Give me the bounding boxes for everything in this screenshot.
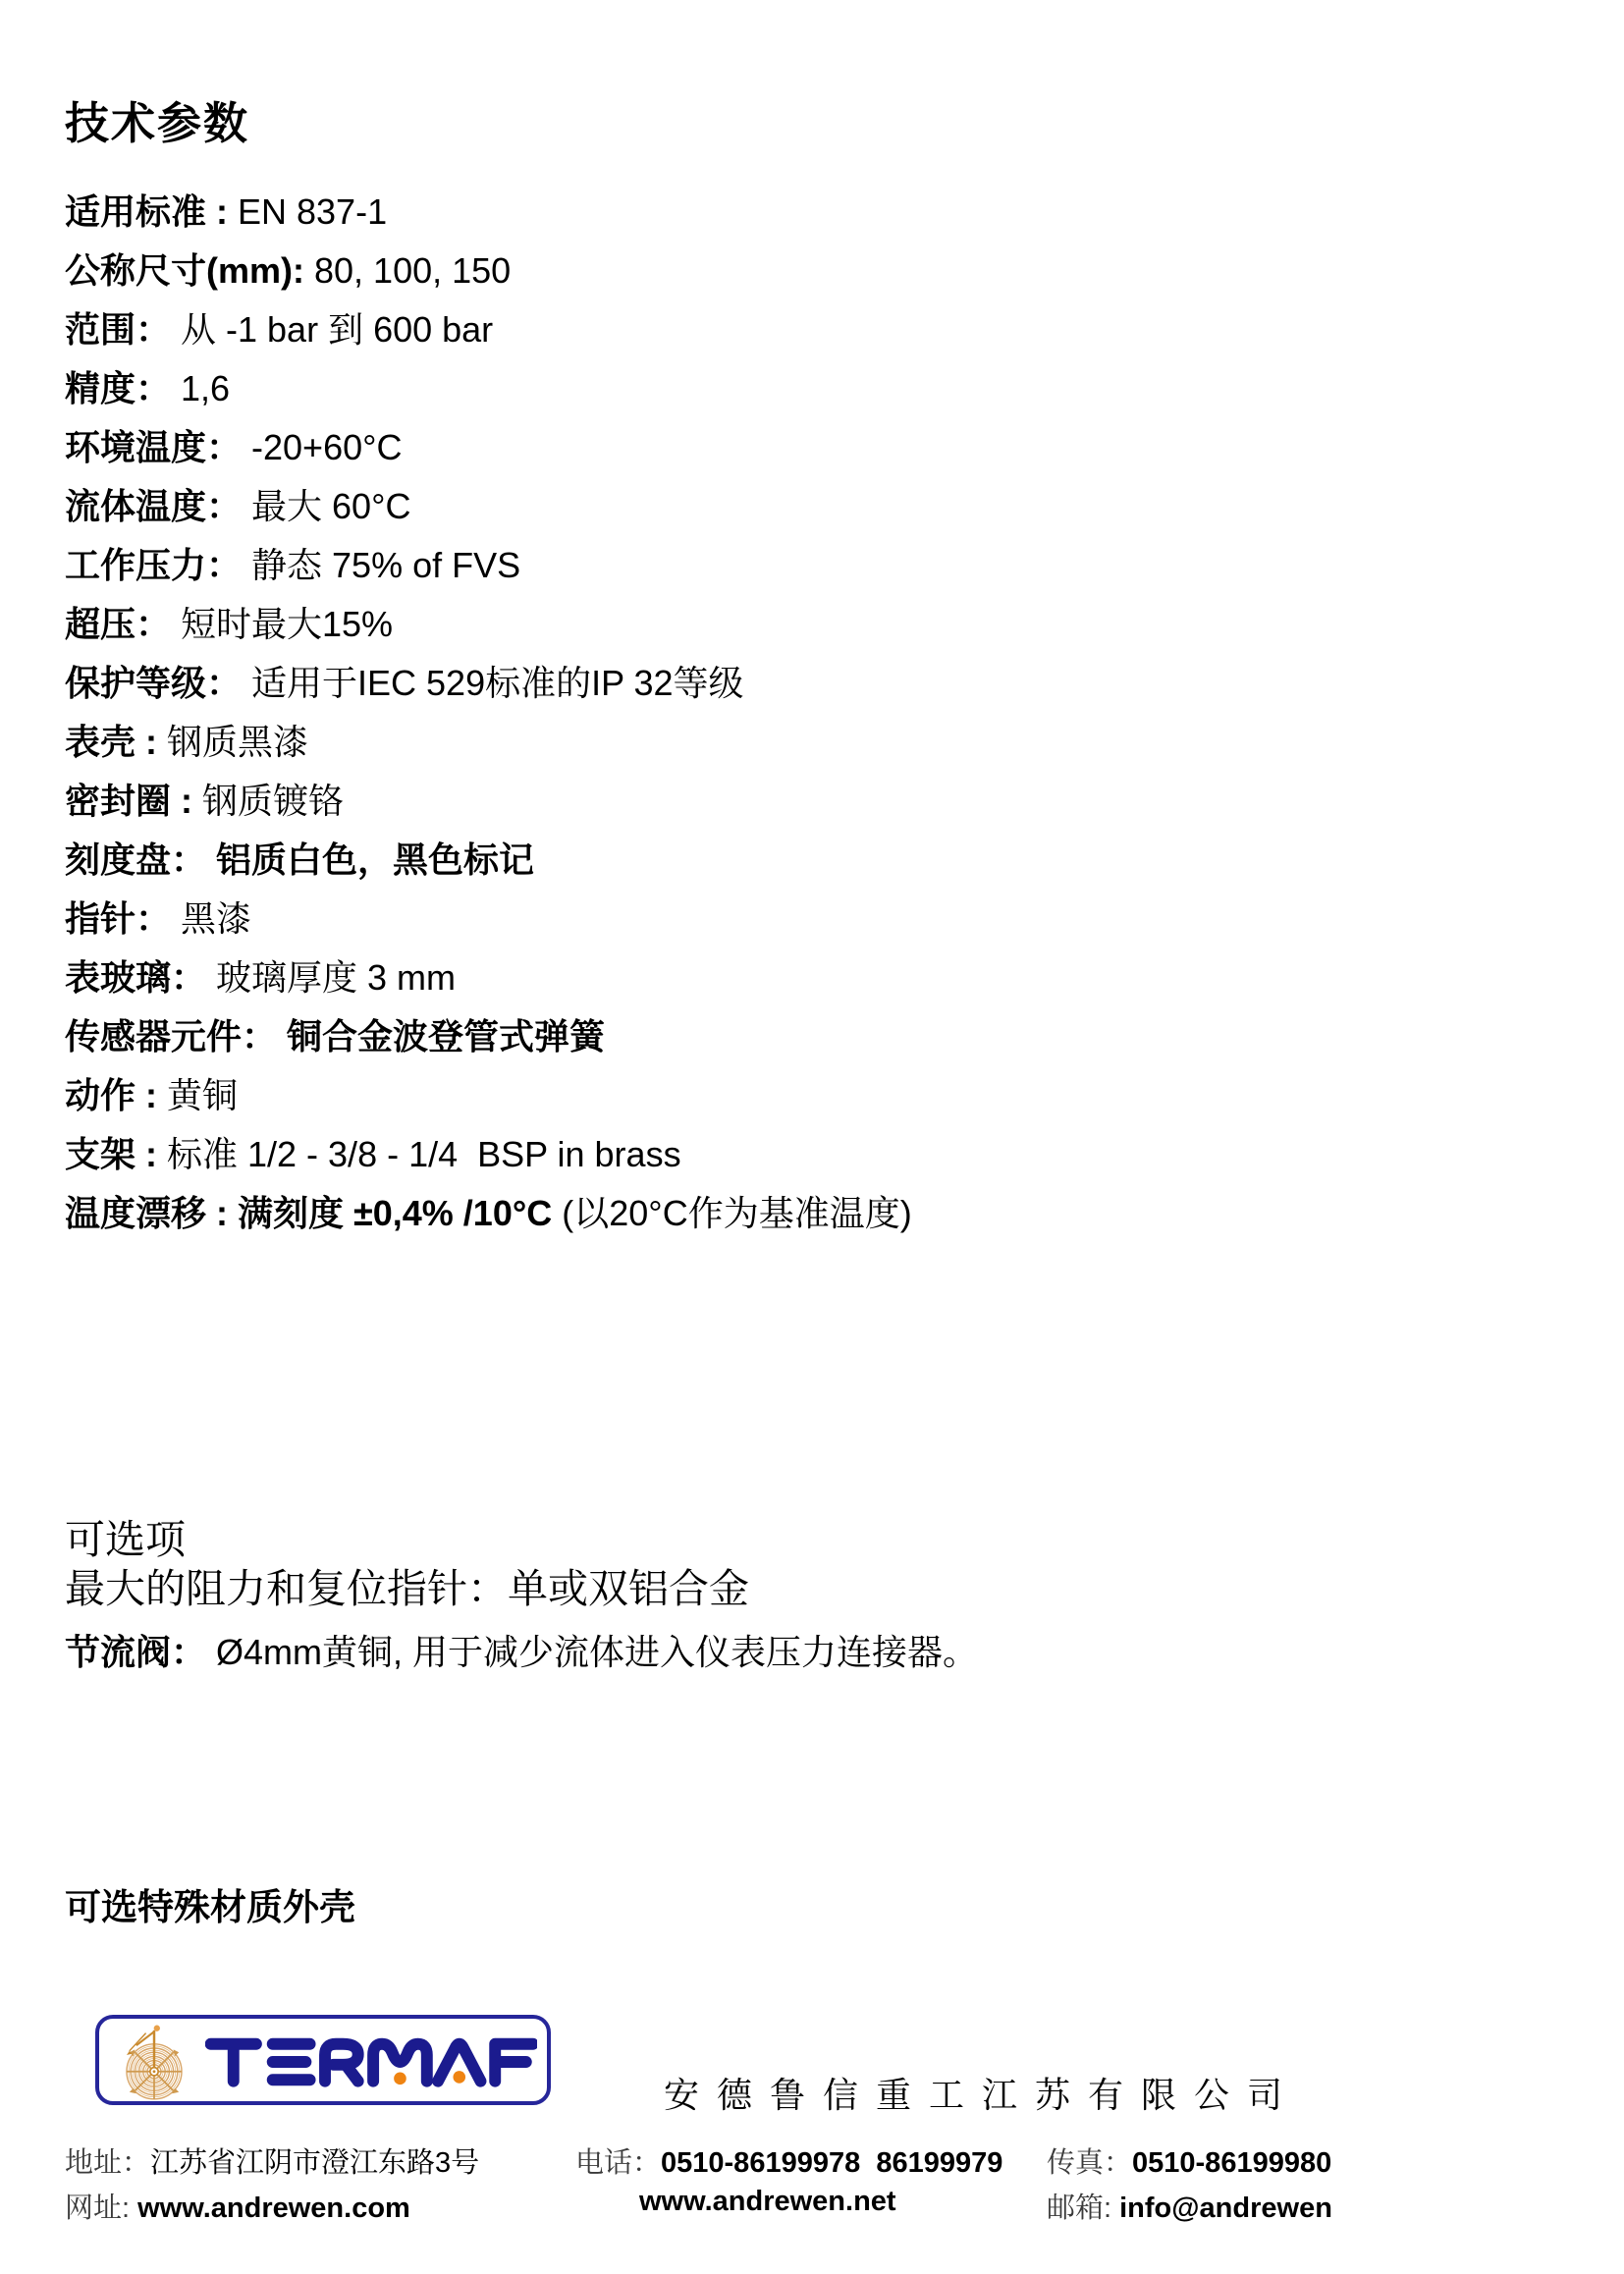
options-heading: 可选项 [65, 1517, 978, 1563]
website-label: 网址: [65, 2193, 137, 2224]
spec-row: 指针： 黑漆 [65, 890, 912, 948]
spec-text: 黄铜 [167, 1075, 238, 1115]
address-item: 地址：江苏省江阴市澄江东路3号 [65, 2140, 479, 2181]
contact-row-2: 网址: www.andrewen.com www.andrewen.net 邮箱… [65, 2186, 1597, 2225]
spec-text: 密封圈 : [65, 781, 202, 821]
spec-row: 表壳 : 钢质黑漆 [65, 713, 912, 772]
address-value: 江苏省江阴市澄江东路3号 [150, 2147, 479, 2179]
spec-text: 精度： [65, 368, 171, 408]
spec-text: 支架 : [65, 1134, 167, 1174]
website-com: www.andrewen.com [137, 2193, 410, 2224]
spec-text: 适用标准 : [65, 191, 238, 232]
spec-text: 范围： [65, 309, 171, 350]
website-item: 网址: www.andrewen.com [65, 2186, 410, 2226]
options-section: 可选项 最大的阻力和复位指针：单或双铝合金 节流阀： Ø4mm黄铜, 用于减少流… [65, 1517, 978, 1675]
spec-text: 最大 60°C [242, 486, 410, 526]
spec-row: 超压： 短时最大15% [65, 595, 912, 654]
spec-text: 钢质黑漆 [167, 722, 308, 762]
spec-row: 工作压力： 静态 75% of FVS [65, 536, 912, 595]
spec-row: 动作 : 黄铜 [65, 1066, 912, 1125]
spec-row: 保护等级： 适用于IEC 529标准的IP 32等级 [65, 654, 912, 713]
spec-text: 流体温度： [65, 486, 242, 526]
spec-row: 精度： 1,6 [65, 359, 912, 418]
spec-text: 指针： [65, 898, 171, 939]
spec-text: 传感器元件： 铜合金波登管式弹簧 [65, 1016, 605, 1056]
spec-row: 环境温度： -20+60°C [65, 418, 912, 477]
email-value: info@andrewen [1119, 2193, 1332, 2224]
spec-row: 温度漂移 : 满刻度 ±0,4% /10°C (以20°C作为基准温度) [65, 1184, 912, 1243]
spec-text: 静态 75% of FVS [242, 545, 520, 585]
page-title: 技术参数 [65, 98, 249, 149]
spec-text: (以20°C作为基准温度) [562, 1193, 911, 1233]
email-label: 邮箱: [1047, 2193, 1119, 2224]
spec-row: 公称尺寸(mm): 80, 100, 150 [65, 242, 912, 300]
spec-text: 公称尺寸(mm): [65, 250, 314, 291]
spec-text: 适用于IEC 529标准的IP 32等级 [242, 663, 744, 703]
spec-row: 表玻璃： 玻璃厚度 3 mm [65, 948, 912, 1007]
spec-text: -20+60°C [242, 427, 403, 467]
spec-row: 流体温度： 最大 60°C [65, 477, 912, 536]
spec-text: 温度漂移 : 满刻度 ±0,4% /10°C [65, 1193, 562, 1233]
special-case-note: 可选特殊材质外壳 [65, 1877, 355, 1930]
website-net-item: www.andrewen.net [639, 2186, 896, 2218]
spec-text: 80, 100, 150 [314, 250, 511, 291]
spec-text: 从 -1 bar 到 600 bar [171, 309, 493, 350]
spec-text: 超压： [65, 604, 171, 644]
spec-text: 标准 1/2 - 3/8 - 1/4 BSP in brass [167, 1134, 681, 1174]
options-valve-line: 节流阀： Ø4mm黄铜, 用于减少流体进入仪表压力连接器。 [65, 1630, 978, 1675]
email-item: 邮箱: info@andrewen [1047, 2186, 1332, 2226]
company-name: 安德鲁信重工江苏有限公司 [664, 2068, 1300, 2118]
phone-value: 0510-86199978 86199979 [661, 2147, 1002, 2179]
website-net: www.andrewen.net [639, 2186, 896, 2217]
spec-row: 传感器元件： 铜合金波登管式弹簧 [65, 1007, 912, 1066]
spec-text: 动作 : [65, 1075, 167, 1115]
valve-text: Ø4mm黄铜, 用于减少流体进入仪表压力连接器。 [206, 1632, 978, 1672]
termaf-logo [95, 2015, 551, 2105]
spec-text: 表壳 : [65, 722, 167, 762]
spec-text: 玻璃厚度 3 mm [206, 957, 456, 998]
spec-text: 保护等级： [65, 663, 242, 703]
fax-label: 传真： [1047, 2147, 1132, 2179]
phone-item: 电话：0510-86199978 86199979 [575, 2140, 1002, 2181]
spec-row: 支架 : 标准 1/2 - 3/8 - 1/4 BSP in brass [65, 1125, 912, 1184]
spec-row: 刻度盘： 铝质白色，黑色标记 [65, 831, 912, 890]
fax-item: 传真：0510-86199980 [1047, 2140, 1331, 2181]
datasheet-page: 技术参数 适用标准 : EN 837-1公称尺寸(mm): 80, 100, 1… [0, 0, 1624, 2274]
contact-row-1: 地址：江苏省江阴市澄江东路3号 电话：0510-86199978 8619997… [65, 2140, 1597, 2180]
gauge-mechanism-icon [107, 2021, 201, 2103]
spec-row: 适用标准 : EN 837-1 [65, 183, 912, 242]
spec-text: 环境温度： [65, 427, 242, 467]
address-label: 地址： [65, 2147, 150, 2179]
fax-value: 0510-86199980 [1132, 2147, 1331, 2179]
phone-label: 电话： [575, 2147, 661, 2179]
valve-text: 节流阀： [65, 1632, 206, 1672]
spec-text: 钢质镀铬 [202, 781, 344, 821]
spec-text: 短时最大15% [171, 604, 393, 644]
spec-row: 范围： 从 -1 bar 到 600 bar [65, 300, 912, 359]
spec-text: EN 837-1 [238, 191, 387, 232]
spec-text: 工作压力： [65, 545, 242, 585]
spec-text: 表玻璃： [65, 957, 206, 998]
spec-text: 黑漆 [171, 898, 251, 939]
spec-text: 刻度盘： 铝质白色，黑色标记 [65, 839, 534, 880]
termaf-wordmark [205, 2030, 537, 2094]
spec-text: 1,6 [171, 368, 230, 408]
spec-row: 密封圈 : 钢质镀铬 [65, 772, 912, 831]
technical-specs-list: 适用标准 : EN 837-1公称尺寸(mm): 80, 100, 150范围：… [65, 183, 912, 1243]
options-pointer-line: 最大的阻力和复位指针：单或双铝合金 [65, 1563, 978, 1614]
